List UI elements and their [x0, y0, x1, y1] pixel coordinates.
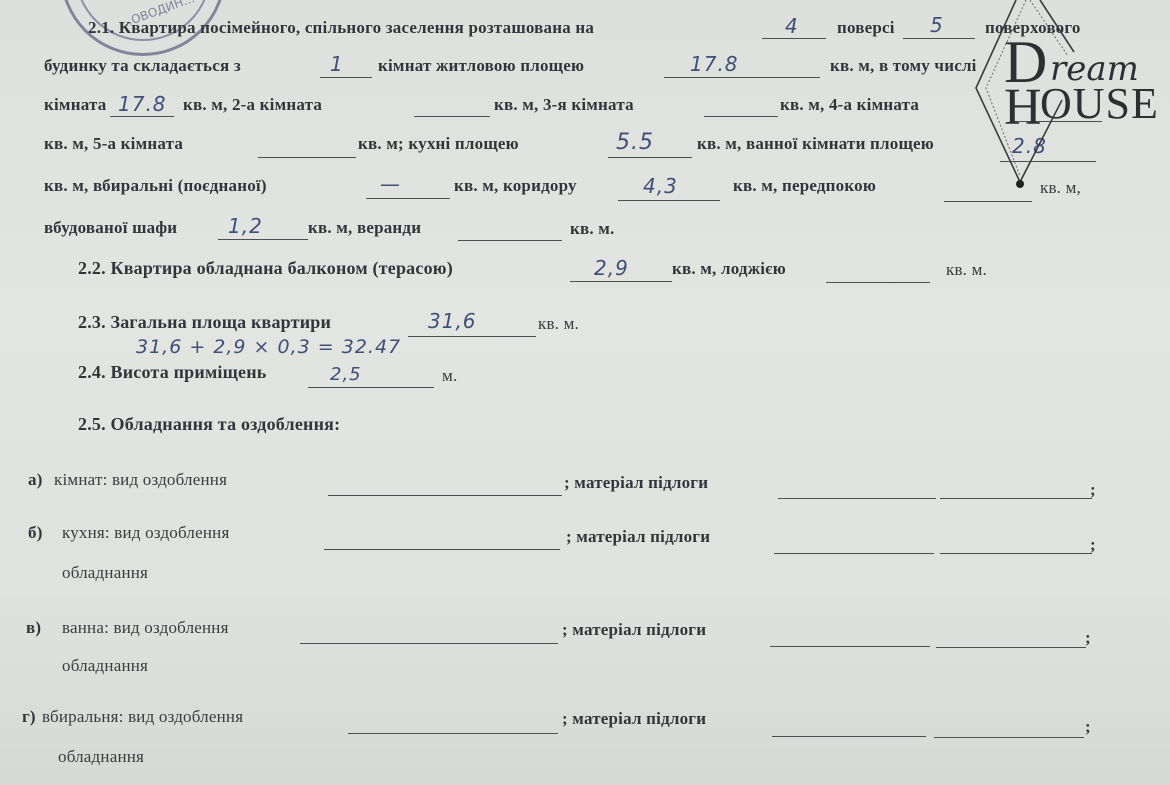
- floor-field[interactable]: [762, 38, 826, 39]
- text: 2.1. Квартира посімейного, спільного зас…: [88, 18, 594, 38]
- corridor-value: 4,3: [643, 174, 678, 198]
- ceiling-height-value: 2,5: [330, 364, 362, 385]
- text: 2.3. Загальна площа квартири: [78, 312, 331, 333]
- corridor-field[interactable]: [618, 200, 720, 201]
- text: кв. м, 4-а кімната: [780, 95, 919, 115]
- text: 2.5. Обладнання та оздоблення:: [78, 414, 340, 435]
- floors-total-value: 5: [930, 13, 944, 37]
- text: кв. м, ванної кімнати площею: [697, 134, 934, 154]
- item-label: кімнат: вид оздоблення: [54, 470, 227, 490]
- text: кімнат житловою площею: [378, 56, 584, 76]
- room5-field[interactable]: [258, 157, 356, 158]
- item-letter: в): [26, 618, 41, 638]
- text: ; матеріал підлоги: [566, 527, 710, 547]
- text: кв. м, 3-я кімната: [494, 95, 634, 115]
- veranda-field[interactable]: [458, 240, 562, 241]
- kitchen-field[interactable]: [608, 157, 692, 158]
- text: ; матеріал підлоги: [562, 709, 706, 729]
- item-letter: а): [28, 470, 43, 490]
- text: кв. м.: [570, 219, 615, 239]
- text: поверсі: [837, 18, 895, 38]
- text: ;: [1085, 628, 1091, 648]
- room1-field[interactable]: [110, 116, 174, 117]
- kitchen-floor-field-1[interactable]: [774, 553, 934, 554]
- room1-value: 17.8: [118, 92, 167, 116]
- living-area-field[interactable]: [664, 77, 820, 78]
- rooms-floor-field-2[interactable]: [940, 498, 1092, 499]
- text: ;: [1090, 535, 1096, 555]
- text: кв. м, передпокою: [733, 176, 876, 196]
- rooms-finish-field[interactable]: [328, 495, 562, 496]
- text: ; матеріал підлоги: [564, 473, 708, 493]
- text: кімната: [44, 95, 106, 115]
- rooms-value: 1: [330, 52, 344, 76]
- toilet-floor-field-1[interactable]: [772, 736, 926, 737]
- text: ;: [1090, 480, 1096, 500]
- text: кв. м; кухні площею: [358, 134, 519, 154]
- item-label: кухня: вид оздоблення: [62, 523, 229, 543]
- text: ;: [1085, 717, 1091, 737]
- room3-field[interactable]: [704, 116, 778, 117]
- bath-floor-field-1[interactable]: [770, 646, 930, 647]
- dream-house-logo: D ream H OUSE: [968, 0, 1168, 190]
- text: обладнання: [58, 747, 144, 767]
- item-label: ванна: вид оздоблення: [62, 618, 229, 638]
- text: 2.2. Квартира обладнана балконом (терасо…: [78, 258, 453, 279]
- hallway-field[interactable]: [944, 201, 1032, 202]
- closet-value: 1,2: [228, 214, 263, 238]
- text: кв. м, в тому числі: [830, 56, 977, 76]
- text: кв. м, 5-а кімната: [44, 134, 183, 154]
- item-letter: г): [22, 707, 36, 727]
- item-letter: б): [28, 523, 43, 543]
- text: вбудованої шафи: [44, 218, 177, 238]
- total-area-field[interactable]: [408, 336, 536, 337]
- text: будинку та складається з: [44, 56, 241, 76]
- ceiling-height-field[interactable]: [308, 387, 434, 388]
- item-label: вбиральня: вид оздоблення: [42, 707, 243, 727]
- floors-total-field[interactable]: [903, 38, 975, 39]
- living-area-value: 17.8: [690, 52, 739, 76]
- text: обладнання: [62, 563, 148, 583]
- toilet-field[interactable]: [366, 198, 450, 199]
- rooms-floor-field-1[interactable]: [778, 498, 936, 499]
- balcony-field[interactable]: [570, 281, 672, 282]
- text: кв. м, коридору: [454, 176, 577, 196]
- bath-floor-field-2[interactable]: [936, 647, 1086, 648]
- rooms-field[interactable]: [320, 77, 372, 78]
- text: кв. м.: [946, 260, 987, 280]
- text: 2.4. Висота приміщень: [78, 362, 266, 383]
- text: м.: [442, 366, 457, 386]
- kitchen-value: 5.5: [616, 130, 654, 155]
- toilet-value: —: [380, 172, 401, 196]
- total-area-value: 31,6: [428, 309, 477, 333]
- text: кв. м, вбиральні (поєднаної): [44, 176, 267, 196]
- floor-value: 4: [785, 14, 799, 38]
- logo-text-ouse: OUSE: [1040, 82, 1159, 126]
- text: ; матеріал підлоги: [562, 620, 706, 640]
- logo-letter-h: H: [1004, 82, 1042, 134]
- text: кв. м, 2-а кімната: [183, 95, 322, 115]
- closet-field[interactable]: [218, 239, 308, 240]
- toilet-finish-field[interactable]: [348, 733, 558, 734]
- loggia-field[interactable]: [826, 282, 930, 283]
- handwritten-calculation: 31,6 + 2,9 × 0,3 = 32.47: [136, 336, 401, 358]
- balcony-value: 2,9: [594, 256, 629, 280]
- room2-field[interactable]: [414, 116, 490, 117]
- kitchen-finish-field[interactable]: [324, 549, 560, 550]
- text: кв. м, веранди: [308, 218, 421, 238]
- document-page: …ОВОДИН… 2.1. Квартира посімейного, спіл…: [0, 0, 1170, 785]
- toilet-floor-field-2[interactable]: [934, 737, 1084, 738]
- text: кв. м.: [538, 314, 579, 334]
- text: кв. м, лоджією: [672, 259, 786, 279]
- text: обладнання: [62, 656, 148, 676]
- kitchen-floor-field-2[interactable]: [940, 553, 1092, 554]
- bath-finish-field[interactable]: [300, 643, 558, 644]
